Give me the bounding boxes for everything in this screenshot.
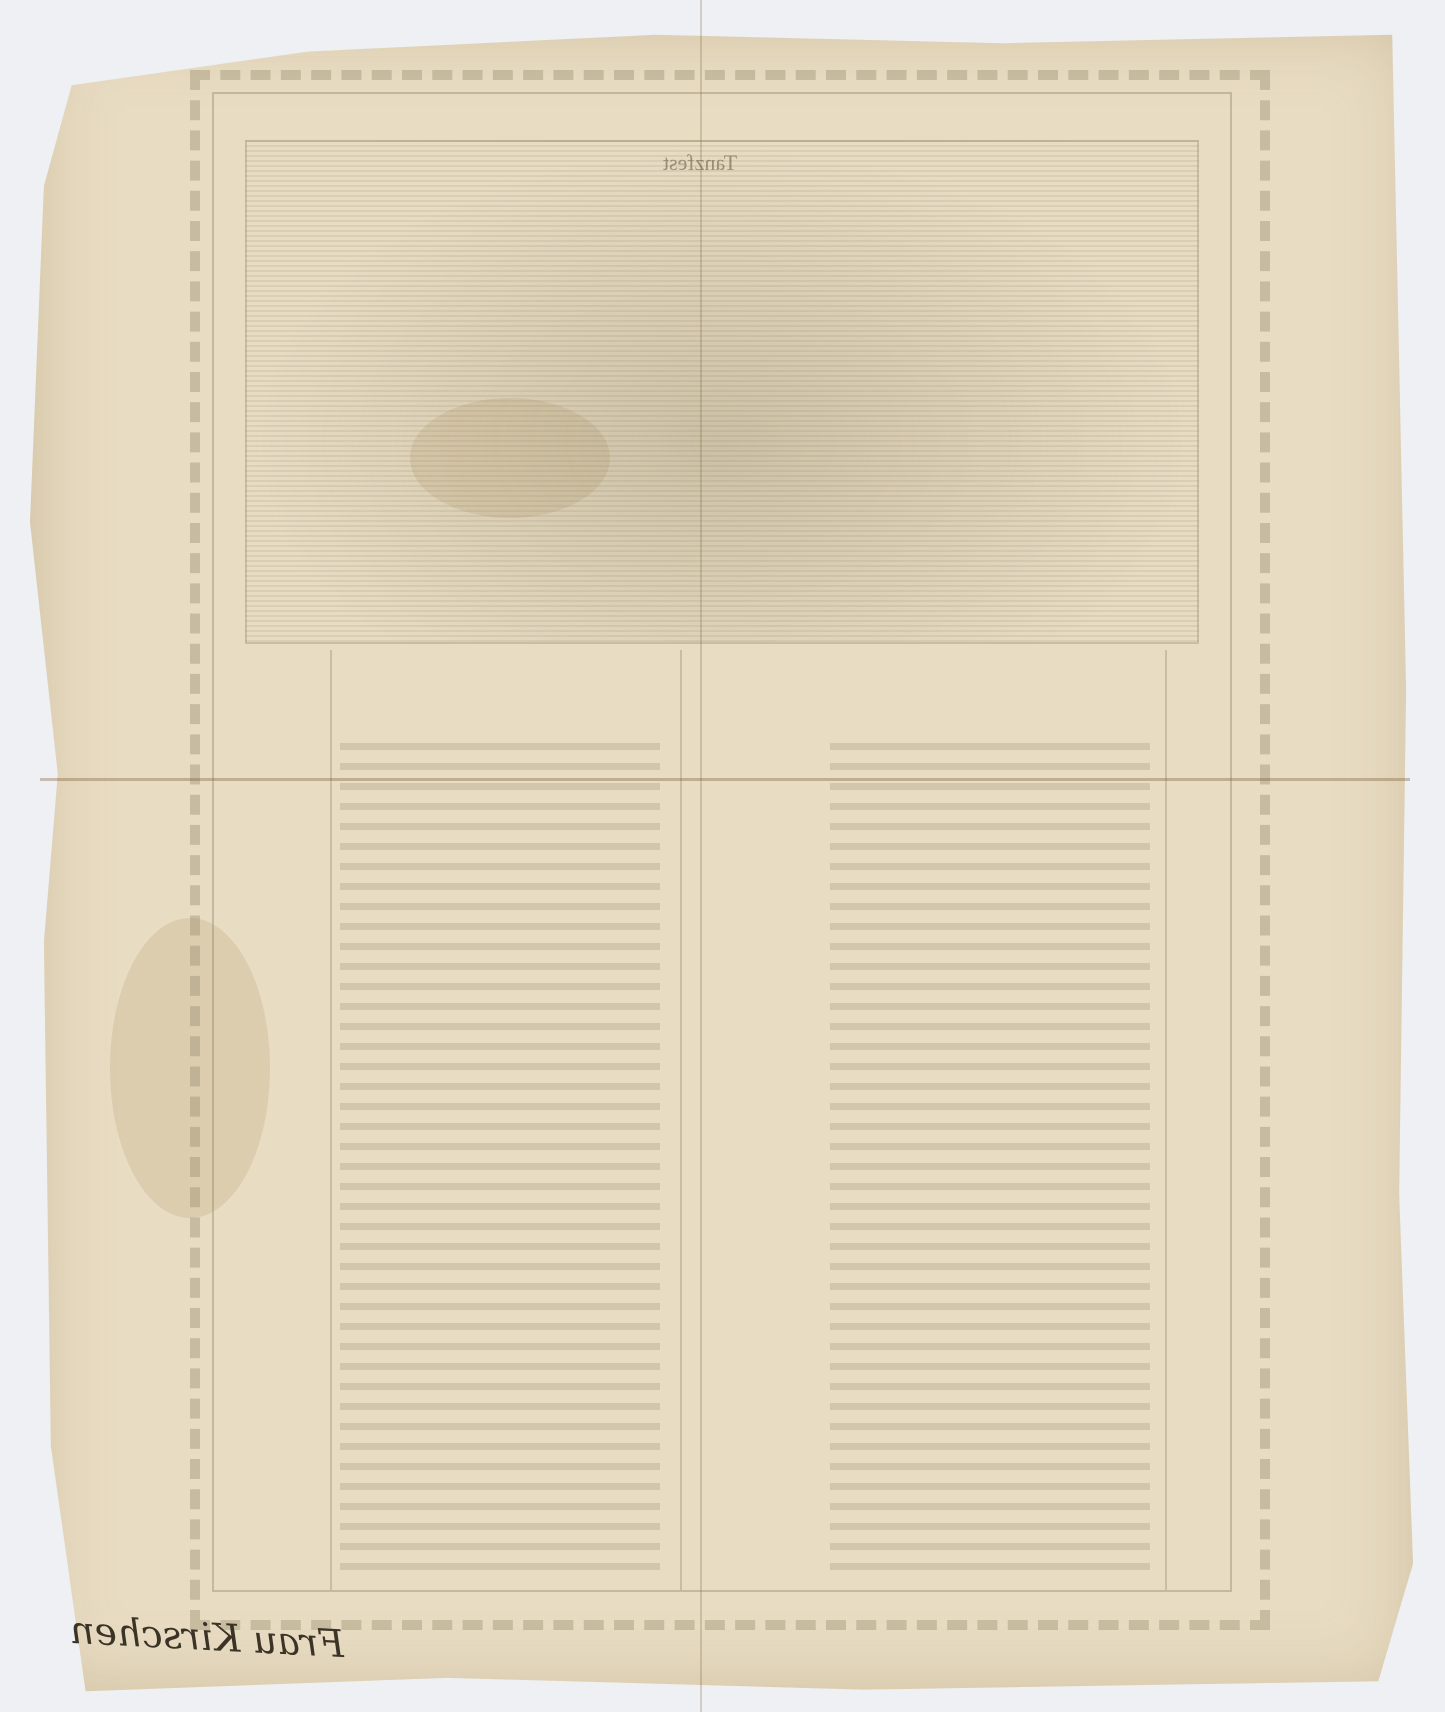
- margin-rule-left: [330, 650, 332, 1590]
- engraved-illustration: [245, 140, 1199, 644]
- horizontal-fold: [40, 778, 1410, 781]
- text-column-left: [340, 730, 660, 1570]
- text-column-right: [830, 730, 1150, 1570]
- vertical-fold: [700, 0, 702, 1712]
- column-divider: [680, 650, 682, 1590]
- margin-rule-right: [1165, 650, 1167, 1590]
